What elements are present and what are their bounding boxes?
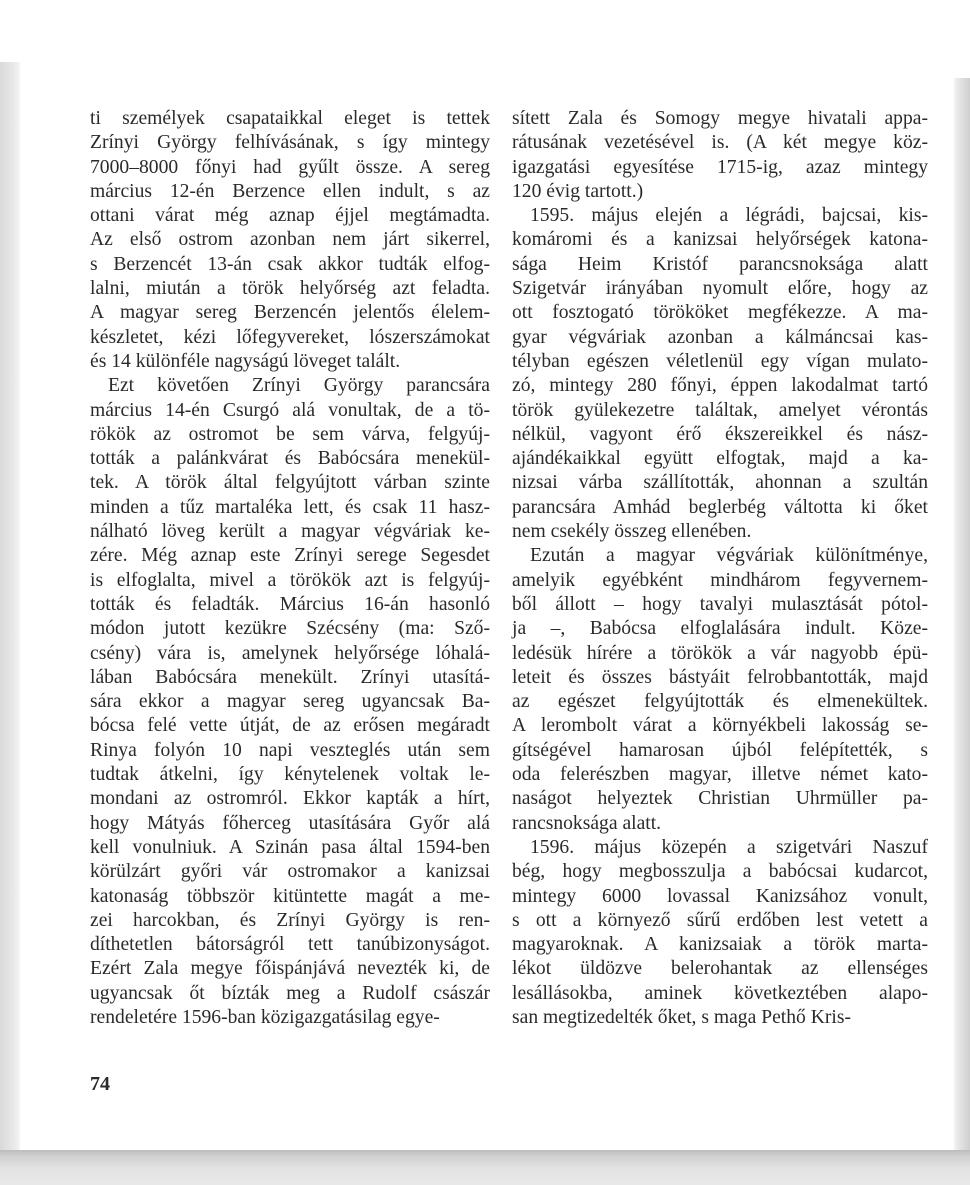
text-line: lában Babócsára menekült. Zrínyi utasítá… <box>90 666 490 690</box>
text-line: rátusának vezetésével is. (A két megye k… <box>512 131 928 155</box>
paragraph: 1596. május közepén a szigetvári Naszufb… <box>512 836 928 1030</box>
text-line: nizsai várba szállították, ahonnan a szu… <box>512 471 928 495</box>
text-line: az egészet felgyújtották és elmenekültek… <box>512 690 928 714</box>
text-line: lékot üldözve belerohantak az ellenséges <box>512 957 928 981</box>
text-line: katonaság többször kitüntette magát a me… <box>90 885 490 909</box>
text-line: tották a palánkvárat és Babócsára menekü… <box>90 447 490 471</box>
text-line: ajándékaikkal együtt elfogtak, majd a ka… <box>512 447 928 471</box>
text-line: nem csekély összeg ellenében. <box>512 520 928 544</box>
text-line: zei harcokban, és Zrínyi György is ren- <box>90 909 490 933</box>
text-line: török gyülekezetre találtak, amelyet vér… <box>512 399 928 423</box>
text-line: amelyik egyébként mindhárom fegyvernem- <box>512 569 928 593</box>
text-line: san megtizedelték őket, s maga Pethő Kri… <box>512 1006 928 1030</box>
text-line: módon jutott kezükre Szécsény (ma: Sző- <box>90 617 490 641</box>
paragraph: sített Zala és Somogy megye hivatali app… <box>512 107 928 204</box>
text-line: tották és feladták. Március 16-án hasonl… <box>90 593 490 617</box>
text-line: naságot helyeztek Christian Uhrmüller pa… <box>512 787 928 811</box>
text-line: ottani várat még aznap éjjel megtámadta. <box>90 204 490 228</box>
text-line: télyban egészen véletlenül egy vígan mul… <box>512 350 928 374</box>
text-line: ből állott – hogy tavalyi mulasztását pó… <box>512 593 928 617</box>
right-column: sített Zala és Somogy megye hivatali app… <box>512 107 928 1030</box>
page-number: 74 <box>90 1073 110 1096</box>
text-line: bég, hogy megbosszulja a babócsai kudarc… <box>512 860 928 884</box>
text-line: rökök az ostromot be sem várva, felgyúj- <box>90 423 490 447</box>
text-line: zére. Még aznap este Zrínyi serege Seges… <box>90 544 490 568</box>
text-line: s ott a környező sűrű erdőben lest vetet… <box>512 909 928 933</box>
text-line: leteit és összes bástyáit felrobbantottá… <box>512 666 928 690</box>
text-line: Ezért Zala megye főispánjává nevezték ki… <box>90 957 490 981</box>
text-line: rancsnoksága alatt. <box>512 812 928 836</box>
book-page: ti személyek csapataikkal eleget is tett… <box>0 0 970 1150</box>
text-line: tudtak átkelni, így kénytelenek voltak l… <box>90 763 490 787</box>
text-line: sára ekkor a magyar sereg ugyancsak Ba- <box>90 690 490 714</box>
text-line: A magyar sereg Berzencén jelentős élelem… <box>90 301 490 325</box>
text-line: sített Zala és Somogy megye hivatali app… <box>512 107 928 131</box>
text-line: 1595. május elején a légrádi, bajcsai, k… <box>512 204 928 228</box>
text-line: A lerombolt várat a környékbeli lakosság… <box>512 714 928 738</box>
text-line: lesállásokba, aminek következtében alapo… <box>512 982 928 1006</box>
text-line: sága Heim Kristóf parancsnoksága alatt <box>512 253 928 277</box>
paragraph: 1595. május elején a légrádi, bajcsai, k… <box>512 204 928 544</box>
text-line: ti személyek csapataikkal eleget is tett… <box>90 107 490 131</box>
text-line: készletet, kézi lőfegyvereket, lószerszá… <box>90 326 490 350</box>
text-line: ugyancsak őt bízták meg a Rudolf császár <box>90 982 490 1006</box>
left-column: ti személyek csapataikkal eleget is tett… <box>90 107 490 1030</box>
text-line: mondani az ostromról. Ekkor kapták a hír… <box>90 787 490 811</box>
text-line: Ezt követően Zrínyi György parancsára <box>90 374 490 398</box>
text-line: nélkül, vagyont érő ékszereikkel és nász… <box>512 423 928 447</box>
text-line: díthetetlen bátorságról tett tanúbizonys… <box>90 933 490 957</box>
text-line: minden a tűz martaléka lett, és csak 11 … <box>90 496 490 520</box>
text-line: ott fosztogató törököket megfékezze. A m… <box>512 301 928 325</box>
paragraph: Ezután a magyar végváriak különítménye,a… <box>512 544 928 836</box>
text-line: és 14 különféle nagyságú löveget talált. <box>90 350 490 374</box>
text-line: parancsára Amhád beglerbég váltotta ki ő… <box>512 496 928 520</box>
text-line: csény) vára is, amelynek helyőrsége lóha… <box>90 642 490 666</box>
text-line: magyaroknak. A kanizsaiak a török marta- <box>512 933 928 957</box>
text-line: igazgatási egyesítése 1715-ig, azaz mint… <box>512 156 928 180</box>
text-line: bócsa felé vette útját, de az erősen meg… <box>90 714 490 738</box>
paragraph: ti személyek csapataikkal eleget is tett… <box>90 107 490 374</box>
text-line: 120 évig tartott.) <box>512 180 928 204</box>
text-line: Az első ostrom azonban nem járt sikerrel… <box>90 228 490 252</box>
text-line: kell vonulniuk. A Szinán pasa által 1594… <box>90 836 490 860</box>
scan-edge-bottom <box>0 1150 970 1185</box>
text-line: mintegy 6000 lovassal Kanizsához vonult, <box>512 885 928 909</box>
text-line: nálható löveg került a magyar végváriak … <box>90 520 490 544</box>
text-line: tek. A török által felgyújtott várban sz… <box>90 471 490 495</box>
text-line: zó, mintegy 280 főnyi, éppen lakodalmat … <box>512 374 928 398</box>
text-line: rendeletére 1596-ban közigazgatásilag eg… <box>90 1006 490 1030</box>
text-line: 1596. május közepén a szigetvári Naszuf <box>512 836 928 860</box>
text-line: Szigetvár irányában nyomult előre, hogy … <box>512 277 928 301</box>
paragraph: Ezt követően Zrínyi György parancsáramár… <box>90 374 490 1030</box>
text-line: ledésük hírére a törökök a vár nagyobb é… <box>512 642 928 666</box>
text-line: 7000–8000 főnyi had gyűlt össze. A sereg <box>90 156 490 180</box>
text-line: hogy Mátyás főherceg utasítására Győr al… <box>90 812 490 836</box>
text-line: Rinya folyón 10 napi veszteglés után sem <box>90 739 490 763</box>
text-line: lalni, miután a török helyőrség azt fela… <box>90 277 490 301</box>
text-line: Zrínyi György felhívásának, s így minteg… <box>90 131 490 155</box>
text-line: március 12-én Berzence ellen indult, s a… <box>90 180 490 204</box>
text-line: gítségével hamarosan újból felépítették,… <box>512 739 928 763</box>
text-line: is elfoglalta, mivel a törökök azt is fe… <box>90 569 490 593</box>
text-line: s Berzencét 13-án csak akkor tudták elfo… <box>90 253 490 277</box>
text-line: Ezután a magyar végváriak különítménye, <box>512 544 928 568</box>
text-line: körülzárt győri vár ostromakor a kanizsa… <box>90 860 490 884</box>
text-line: komáromi és a kanizsai helyőrségek katon… <box>512 228 928 252</box>
text-line: oda felerészben magyar, illetve német ka… <box>512 763 928 787</box>
text-line: március 14-én Csurgó alá vonultak, de a … <box>90 399 490 423</box>
text-line: ja –, Babócsa elfoglalására indult. Köze… <box>512 617 928 641</box>
text-line: gyar végváriak azonban a kálmáncsai kas- <box>512 326 928 350</box>
